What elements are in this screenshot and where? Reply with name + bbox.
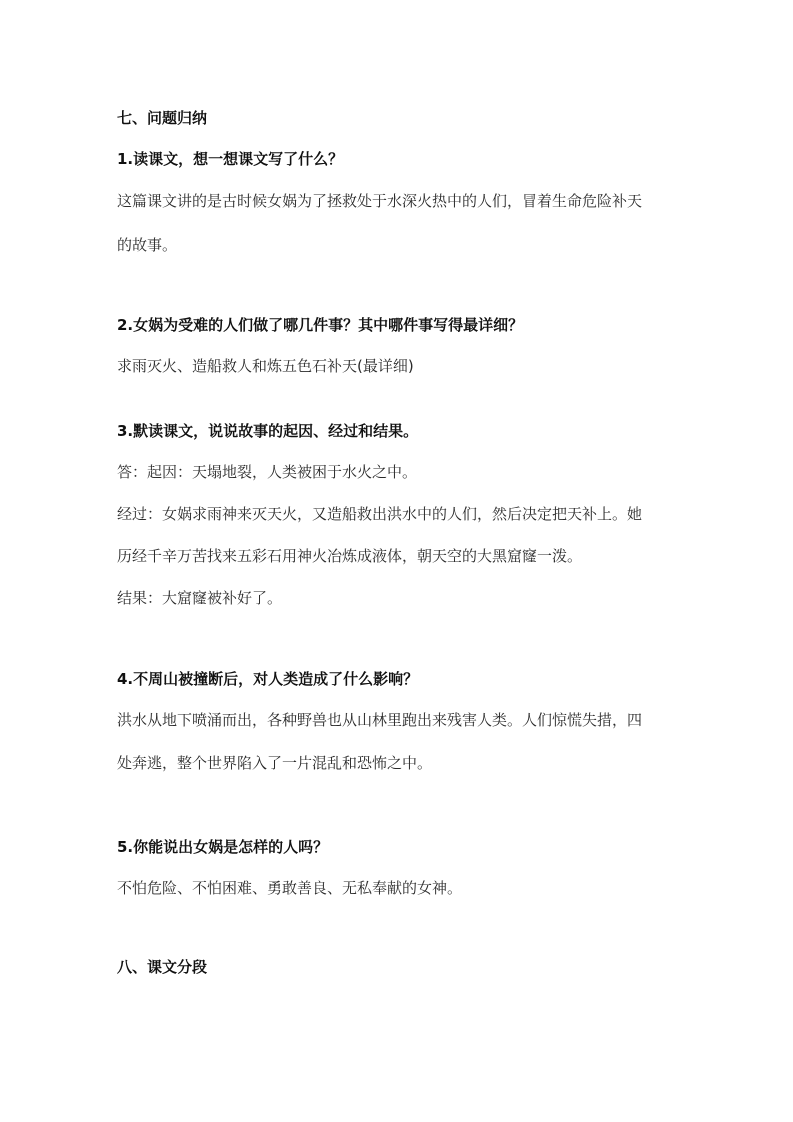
answer-4-line-1: 洪水从地下喷涌而出，各种野兽也从山林里跑出来残害人类。人们惊慌失措，四 [117,710,642,730]
question-1: 1.读课文，想一想课文写了什么？ [117,149,343,169]
answer-1-line-1: 这篇课文讲的是古时候女娲为了拯救处于水深火热中的人们，冒着生命危险补天 [117,191,642,211]
answer-2-line-1: 求雨灭火、造船救人和炼五色石补天(最详细) [117,356,414,376]
answer-5-line-1: 不怕危险、不怕困难、勇敢善良、无私奉献的女神。 [117,878,462,898]
question-4: 4.不周山被撞断后，对人类造成了什么影响？ [117,669,418,689]
answer-4-line-2: 处奔逃，整个世界陷入了一片混乱和恐怖之中。 [117,753,432,773]
section-8-title: 八、课文分段 [117,957,207,977]
question-5: 5.你能说出女娲是怎样的人吗？ [117,837,328,857]
question-2: 2.女娲为受难的人们做了哪几件事？其中哪件事写得最详细？ [117,315,523,335]
answer-3-line-2: 经过：女娲求雨神来灭天火，又造船救出洪水中的人们，然后决定把天补上。她 [117,504,642,524]
section-7-title: 七、问题归纳 [117,108,207,128]
answer-3-line-1: 答：起因：天塌地裂，人类被困于水火之中。 [117,462,417,482]
answer-3-line-4: 结果：大窟窿被补好了。 [117,588,282,608]
answer-3-line-3: 历经千辛万苦找来五彩石用神火冶炼成液体，朝天空的大黑窟窿一泼。 [117,546,582,566]
answer-1-line-2: 的故事。 [117,235,177,255]
question-3: 3.默读课文，说说故事的起因、经过和结果。 [117,421,418,441]
